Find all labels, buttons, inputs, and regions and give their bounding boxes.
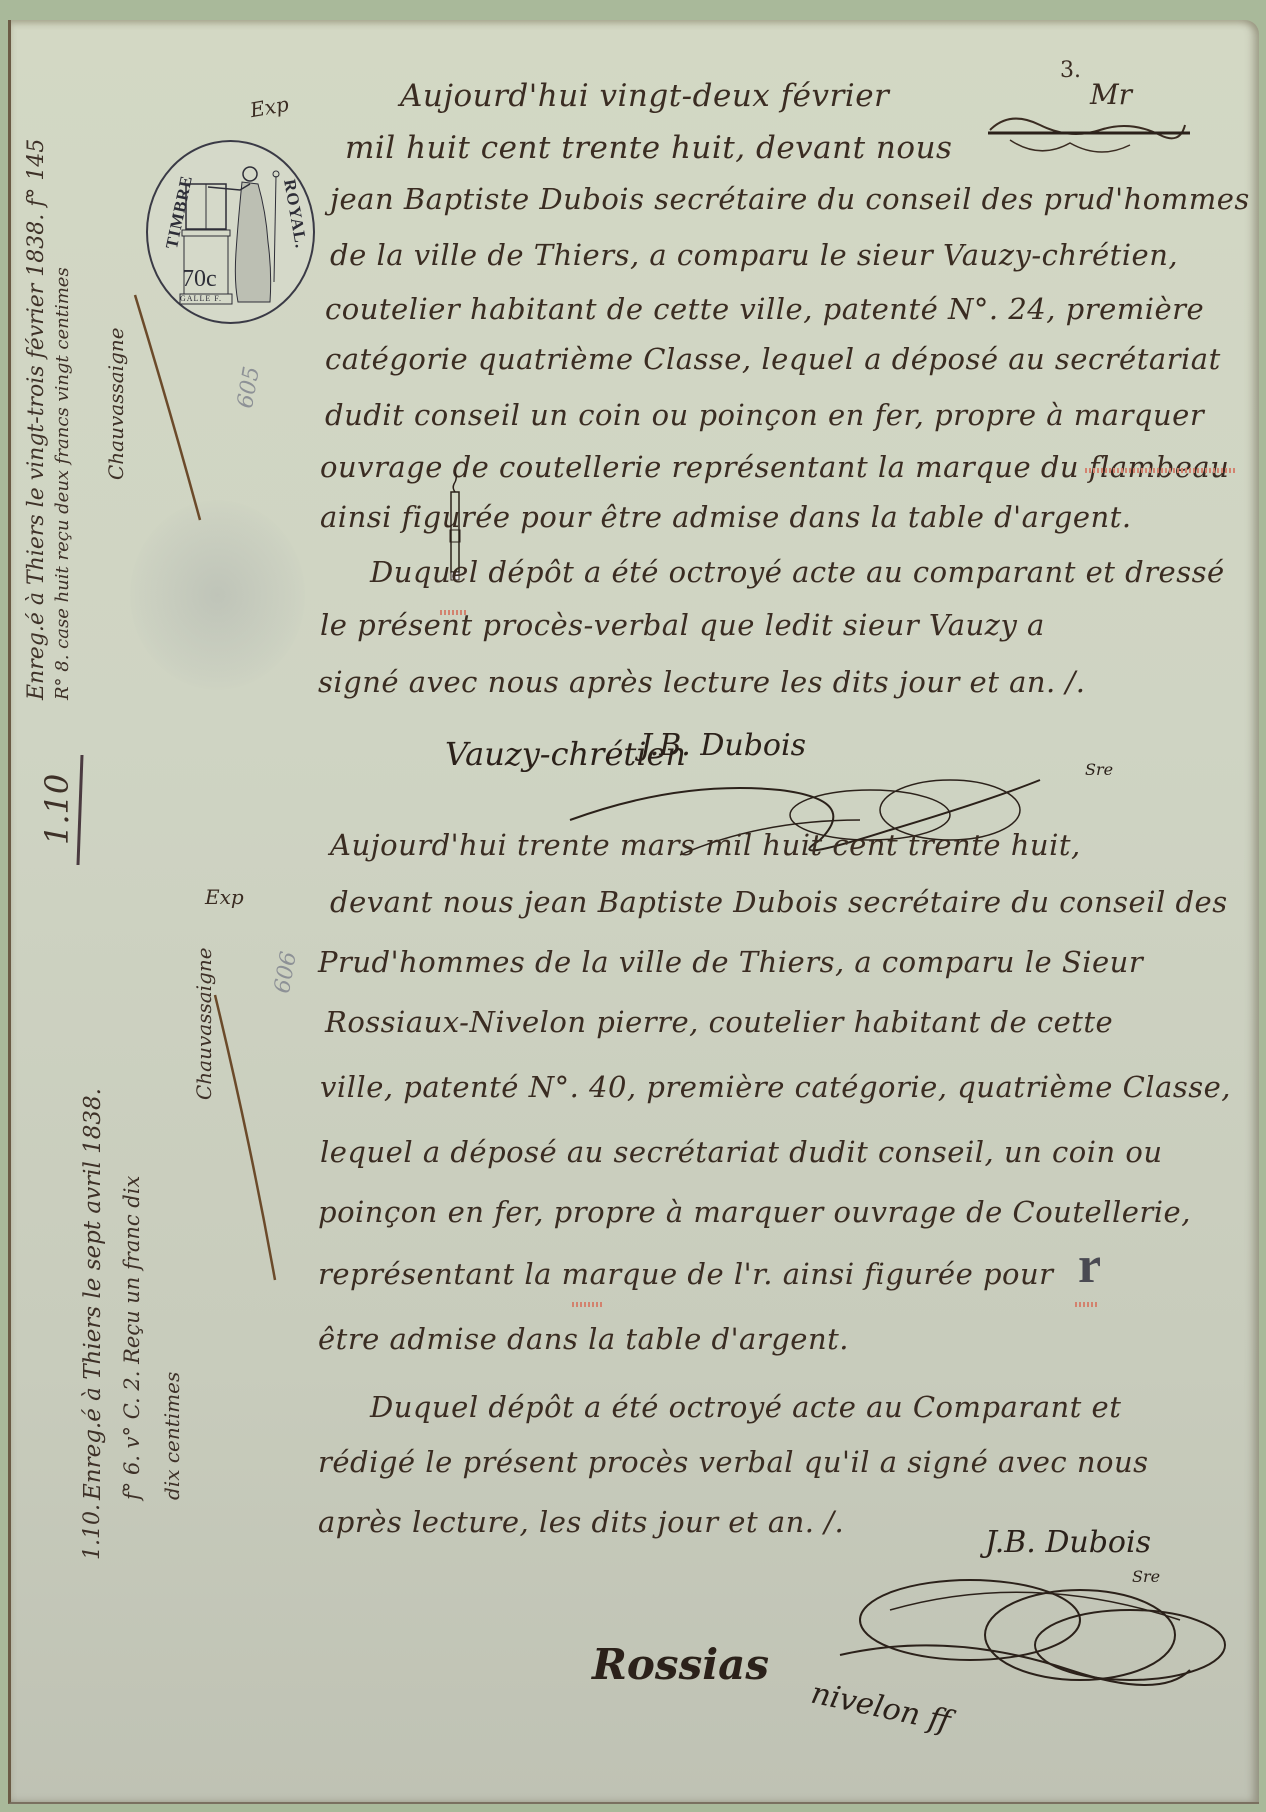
act2-line-10: Duquel dépôt a été octroyé acte au Compa… [370,1390,1121,1424]
r-mark-drawing: r [1078,1236,1101,1295]
registration-note-2-line2: f° 6. v° C. 2. Reçu un franc dix [120,1176,144,1500]
act2-line-7: poinçon en fer, propre à marquer ouvrage… [318,1195,1191,1229]
red-underline-r [572,1302,604,1307]
crossed-flourish [980,105,1200,165]
act1-line-1: Aujourd'hui vingt-deux février [400,78,889,114]
act2-line-6: lequel a déposé au secrétariat dudit con… [320,1135,1163,1169]
signature-dubois-1-title: Sre [1085,760,1113,779]
act1-line-12: signé avec nous après lecture les dits j… [318,665,1086,699]
margin-stroke-2 [210,990,290,1290]
act1-line-11: le présent procès-verbal que ledit sieur… [320,608,1045,642]
act1-line-10: Duquel dépôt a été octroyé acte au compa… [370,555,1225,589]
signature-dubois-2: J.B. Dubois [985,1525,1151,1560]
fee-bar-1 [70,750,90,870]
signature-dubois-1: J.B. Dubois [640,728,806,763]
act2-line-1: Aujourd'hui trente mars mil huit cent tr… [330,828,1081,862]
registration-signature-1: Chauvassaigne [104,327,128,480]
registration-note-1-line2: R° 8. case huit reçu deux francs vingt c… [52,267,73,700]
red-underline-flambeau [1085,468,1235,473]
registration-note-1-line1: Enreg.é à Thiers le vingt-trois février … [24,139,49,700]
registration-note-2-line3: dix centimes [160,1372,184,1500]
signature-rossias: Rossias [592,1640,769,1689]
act1-line-7: dudit conseil un coin ou poinçon en fer,… [325,398,1204,432]
act2-line-11: rédigé le présent procès verbal qu'il a … [318,1445,1149,1479]
act2-line-5: ville, patenté N°. 40, première catégori… [320,1070,1231,1104]
exp-note-2: Exp [205,885,244,909]
page-number: 3. [1060,58,1081,83]
act2-line-3: Prud'hommes de la ville de Thiers, a com… [318,945,1143,979]
flambeau-mark-drawing [440,470,470,610]
act2-line-2: devant nous jean Baptiste Dubois secréta… [330,885,1228,919]
registration-note-2-line1: Enreg.é à Thiers le sept avril 1838. [80,1088,106,1500]
act1-line-2: mil huit cent trente huit, devant nous [345,130,952,166]
act2-line-9: être admise dans la table d'argent. [318,1322,849,1356]
fee-mark-2: 1.10. [80,1504,105,1560]
red-mark-r [1075,1302,1099,1307]
act2-line-12: après lecture, les dits jour et an. /. [318,1505,844,1539]
act1-line-6: catégorie quatrième Classe, lequel a dép… [325,342,1221,376]
act1-line-5: coutelier habitant de cette ville, paten… [325,292,1204,326]
stamp-value: 70c [182,266,217,293]
act2-line-4: Rossiaux-Nivelon pierre, coutelier habit… [325,1005,1113,1039]
margin-stroke-1 [130,290,210,530]
act1-line-3: jean Baptiste Dubois secrétaire du conse… [330,182,1250,216]
act2-line-8: représentant la marque de l'r. ainsi fig… [318,1257,1054,1291]
act1-line-4: de la ville de Thiers, a comparu le sieu… [330,238,1178,272]
